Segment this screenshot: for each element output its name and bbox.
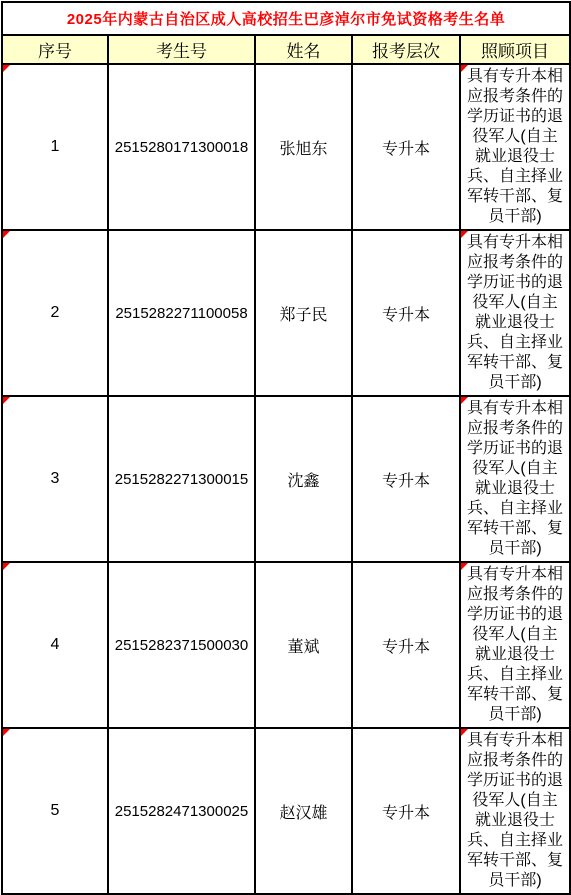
col-header-name: 姓名: [255, 35, 352, 64]
policy-value: 具有专升本相应报考条件的学历证书的退役军人(自主就业退役士兵、自主择业军转干部、…: [467, 68, 563, 225]
col-header-policy: 照顾项目: [460, 35, 570, 64]
table-row: 2 2515282271100058 郑子民 专升本 具有专升本相应报考条件的学…: [2, 230, 570, 396]
name-cell: 张旭东: [255, 64, 352, 230]
red-corner-marker-icon: [3, 563, 10, 570]
serial-value: 3: [51, 470, 60, 487]
red-corner-marker-icon: [461, 231, 468, 238]
table-row: 4 2515282371500030 董斌 专升本 具有专升本相应报考条件的学历…: [2, 562, 570, 728]
level-cell: 专升本: [352, 728, 460, 894]
policy-cell: 具有专升本相应报考条件的学历证书的退役军人(自主就业退役士兵、自主择业军转干部、…: [460, 396, 570, 562]
col-header-level: 报考层次: [352, 35, 460, 64]
policy-cell: 具有专升本相应报考条件的学历证书的退役军人(自主就业退役士兵、自主择业军转干部、…: [460, 64, 570, 230]
policy-cell: 具有专升本相应报考条件的学历证书的退役军人(自主就业退役士兵、自主择业军转干部、…: [460, 728, 570, 894]
red-corner-marker-icon: [461, 563, 468, 570]
table-row: 3 2515282271300015 沈鑫 专升本 具有专升本相应报考条件的学历…: [2, 396, 570, 562]
red-corner-marker-icon: [461, 397, 468, 404]
level-cell: 专升本: [352, 64, 460, 230]
red-corner-marker-icon: [461, 65, 468, 72]
policy-value: 具有专升本相应报考条件的学历证书的退役军人(自主就业退役士兵、自主择业军转干部、…: [467, 732, 563, 889]
red-corner-marker-icon: [3, 729, 10, 736]
table-row: 1 2515280171300018 张旭东 专升本 具有专升本相应报考条件的学…: [2, 64, 570, 230]
name-cell: 赵汉雄: [255, 728, 352, 894]
name-cell: 郑子民: [255, 230, 352, 396]
exam-id-cell: 2515282271100058: [108, 230, 255, 396]
page-title: 2025年内蒙古自治区成人高校招生巴彦淖尔市免试资格考生名单: [2, 2, 570, 35]
red-corner-marker-icon: [3, 231, 10, 238]
exam-id-cell: 2515280171300018: [108, 64, 255, 230]
level-cell: 专升本: [352, 396, 460, 562]
policy-value: 具有专升本相应报考条件的学历证书的退役军人(自主就业退役士兵、自主择业军转干部、…: [467, 566, 563, 723]
title-row: 2025年内蒙古自治区成人高校招生巴彦淖尔市免试资格考生名单: [2, 2, 570, 35]
policy-cell: 具有专升本相应报考条件的学历证书的退役军人(自主就业退役士兵、自主择业军转干部、…: [460, 230, 570, 396]
policy-value: 具有专升本相应报考条件的学历证书的退役军人(自主就业退役士兵、自主择业军转干部、…: [467, 400, 563, 557]
col-header-exam-id: 考生号: [108, 35, 255, 64]
exam-id-cell: 2515282471300025: [108, 728, 255, 894]
candidates-table: 2025年内蒙古自治区成人高校招生巴彦淖尔市免试资格考生名单 序号 考生号 姓名…: [1, 1, 571, 895]
serial-cell: 5: [2, 728, 108, 894]
serial-value: 2: [51, 304, 60, 321]
col-header-serial: 序号: [2, 35, 108, 64]
level-cell: 专升本: [352, 562, 460, 728]
serial-value: 1: [51, 138, 60, 155]
serial-cell: 3: [2, 396, 108, 562]
serial-value: 5: [51, 802, 60, 819]
name-cell: 沈鑫: [255, 396, 352, 562]
exam-id-cell: 2515282371500030: [108, 562, 255, 728]
red-corner-marker-icon: [3, 397, 10, 404]
red-corner-marker-icon: [461, 729, 468, 736]
red-corner-marker-icon: [3, 65, 10, 72]
level-cell: 专升本: [352, 230, 460, 396]
exam-id-cell: 2515282271300015: [108, 396, 255, 562]
table-row: 5 2515282471300025 赵汉雄 专升本 具有专升本相应报考条件的学…: [2, 728, 570, 894]
serial-cell: 1: [2, 64, 108, 230]
policy-cell: 具有专升本相应报考条件的学历证书的退役军人(自主就业退役士兵、自主择业军转干部、…: [460, 562, 570, 728]
serial-cell: 4: [2, 562, 108, 728]
policy-value: 具有专升本相应报考条件的学历证书的退役军人(自主就业退役士兵、自主择业军转干部、…: [467, 234, 563, 391]
table-header-row: 序号 考生号 姓名 报考层次 照顾项目: [2, 35, 570, 64]
name-cell: 董斌: [255, 562, 352, 728]
serial-value: 4: [51, 636, 60, 653]
serial-cell: 2: [2, 230, 108, 396]
